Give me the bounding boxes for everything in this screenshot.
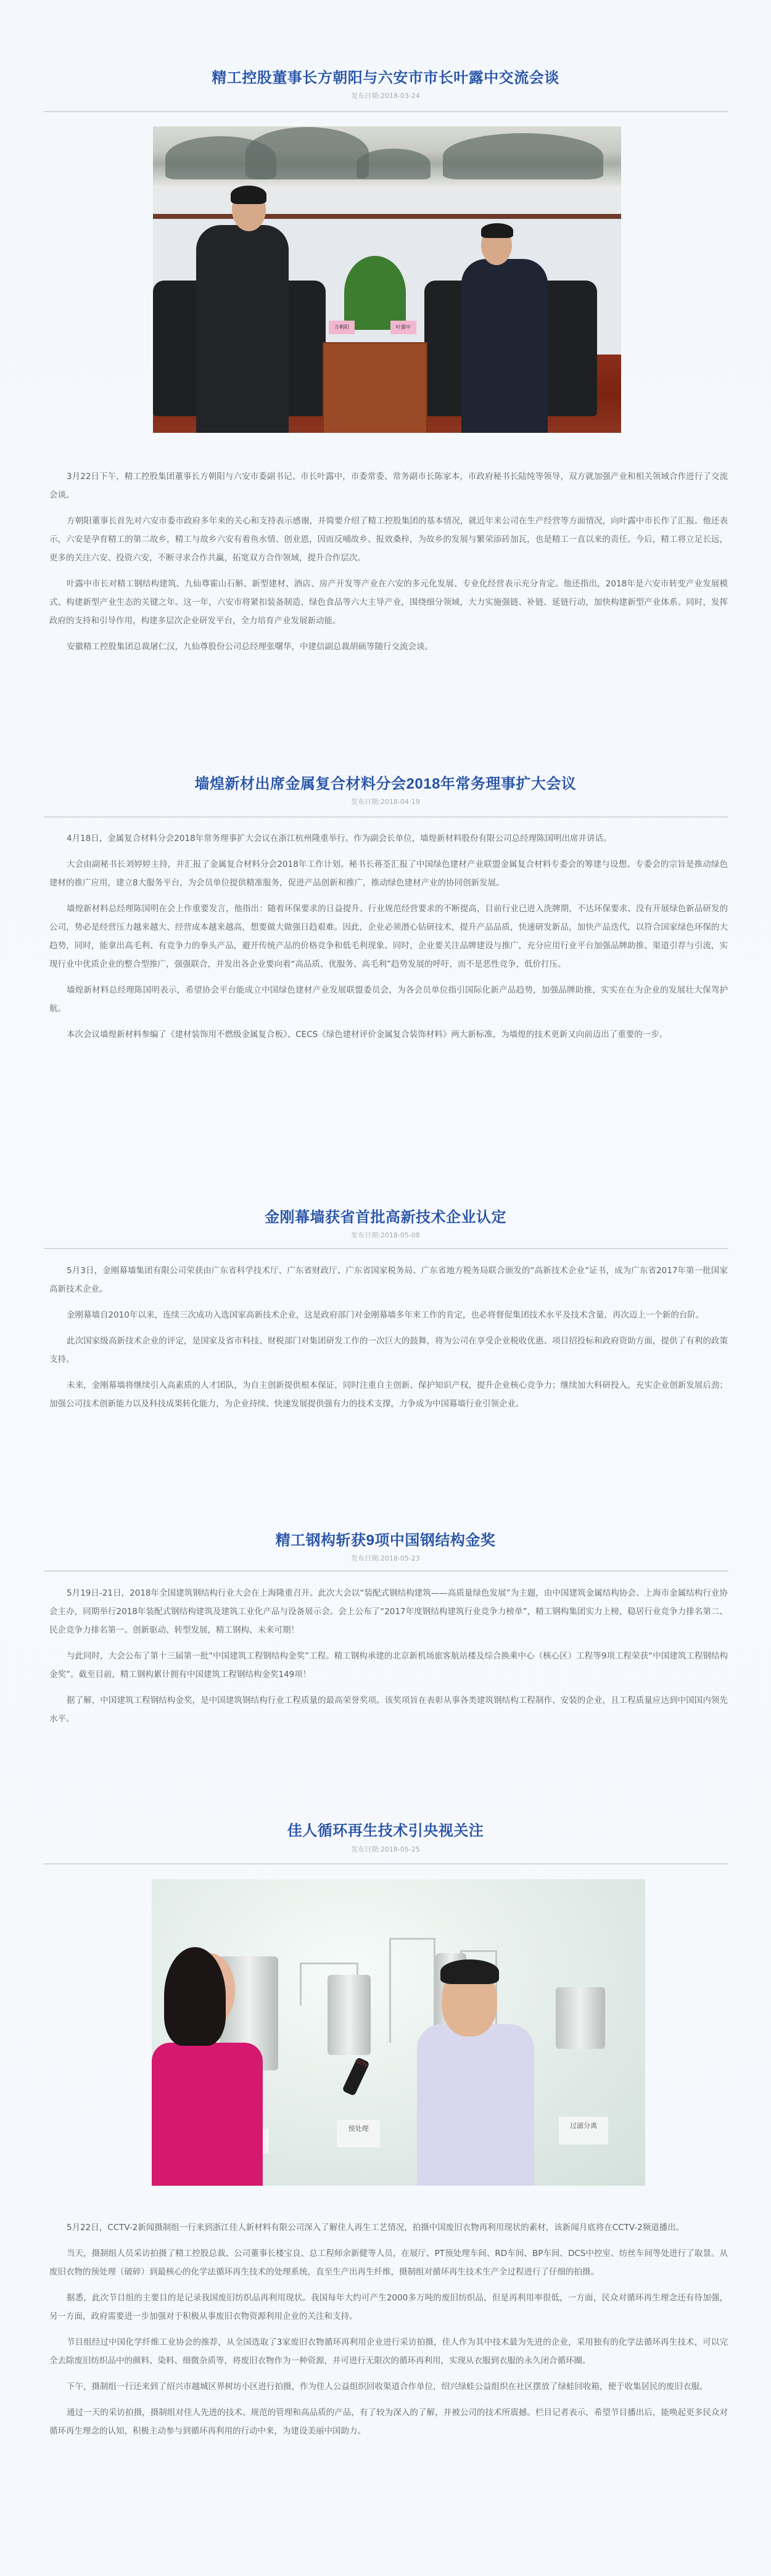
divider <box>44 1248 728 1249</box>
landscape-painting <box>153 126 621 188</box>
paragraph: 墙煌新材料总经理陈国明表示，希望协会平台能成立中国绿色建材产业发展联盟委员会，为… <box>49 981 728 1018</box>
divider <box>44 1570 728 1572</box>
paragraph: 节目组经过中国化学纤维工业协会的推荐，从全国选取了3家废旧衣物循环再利用企业进行… <box>49 2333 728 2370</box>
sign-filtration: 过滤分离 <box>559 2117 608 2144</box>
paragraph: 叶露中市长对精工钢结构建筑、九仙尊霍山石斛、新型建材、酒店、房产开发等产业在六安… <box>49 575 728 630</box>
article-title: 墙煌新材出席金属复合材料分会2018年常务理事扩大会议 <box>0 775 771 794</box>
divider <box>44 111 728 112</box>
interviewee-hair <box>440 1959 499 1984</box>
publish-date: 发布日期:2018-03-24 <box>0 92 771 100</box>
interviewee <box>417 2024 534 2186</box>
paragraph: 方朝阳董事长首先对六安市委市政府多年来的关心和支持表示感谢，并简要介绍了精工控股… <box>49 512 728 567</box>
paragraph: 5月19日-21日，2018年全国建筑钢结构行业大会在上海隆重召开。此次大会以“… <box>49 1584 728 1639</box>
article-title: 佳人循环再生技术引央视关注 <box>0 1822 771 1840</box>
paragraph: 5月3日，金刚幕墙集团有限公司荣获由广东省科学技术厅、广东省财政厅、广东省国家税… <box>49 1261 728 1298</box>
paragraph: 安徽精工控股集团总裁屠仁汉，九仙尊股份公司总经理张曙华，中建信副总裁胡硕等随行交… <box>49 638 728 656</box>
paragraph: 未来，金刚幕墙将继续引入高素质的人才团队，为自主创新提供根本保证，同时注重自主创… <box>49 1376 728 1413</box>
publish-date: 发布日期:2018-04-19 <box>0 798 771 806</box>
sign-pretreatment: 预处理 <box>337 2120 380 2147</box>
paragraph: 据了解，中国建筑工程钢结构金奖，是中国建筑钢结构行业工程质量的最高荣誉奖项。该奖… <box>49 1691 728 1728</box>
paragraph: 此次国家级高新技术企业的评定，是国家及省市科技、财税部门对集团研发工作的一次巨大… <box>49 1332 728 1369</box>
tank <box>556 1987 605 2049</box>
side-table <box>323 342 427 433</box>
article-body: 3月22日下午，精工控股集团董事长方朝阳与六安市委副书记、市长叶露中，市委常委、… <box>49 467 728 663</box>
plant <box>344 256 406 330</box>
paragraph: 本次会议墙煌新材料参编了《建材装饰用不燃级金属复合板》、CECS《绿色建材评价金… <box>49 1025 728 1044</box>
name-card-left: 方朝阳 <box>329 321 355 334</box>
paragraph: 通过一天的采访拍摄，摄制组对佳人先进的技术、规范的管理和高品质的产品，有了较为深… <box>49 2403 728 2440</box>
paragraph: 据悉，此次节目组的主要目的是记录我国废旧纺织品再利用现状。我国每年大约可产生20… <box>49 2289 728 2326</box>
person-left-hair <box>231 186 266 204</box>
publish-date: 发布日期:2018-05-23 <box>0 1554 771 1563</box>
divider <box>44 816 728 818</box>
article-body: 4月18日，金属复合材料分会2018年常务理事扩大会议在浙江杭州隆重举行。作为副… <box>49 829 728 1051</box>
article-title: 精工钢构斩获9项中国钢结构金奖 <box>0 1532 771 1550</box>
paragraph: 3月22日下午，精工控股集团董事长方朝阳与六安市委副书记、市长叶露中，市委常委、… <box>49 467 728 504</box>
paragraph: 4月18日，金属复合材料分会2018年常务理事扩大会议在浙江杭州隆重举行。作为副… <box>49 829 728 848</box>
reporter-hair <box>164 1947 226 2046</box>
cctv-interview-photo: 料 预处理 过滤分离 CCTV <box>152 1879 645 2186</box>
microphone: CCTV <box>342 2057 369 2096</box>
pipe <box>389 1938 435 2043</box>
article-title: 精工控股董事长方朝阳与六安市市长叶露中交流会谈 <box>0 69 771 88</box>
article-body: 5月3日，金刚幕墙集团有限公司荣获由广东省科学技术厅、广东省财政厅、广东省国家税… <box>49 1261 728 1421</box>
name-card-right: 叶露中 <box>390 321 416 334</box>
publish-date: 发布日期:2018-05-08 <box>0 1231 771 1240</box>
person-right <box>461 259 548 433</box>
article-title: 金刚幕墙获省首批高新技术企业认定 <box>0 1208 771 1227</box>
paragraph: 当天，摄制组人员采访拍摄了精工控股总裁、公司董事长楼宝良、总工程师余新健等人员，… <box>49 2244 728 2281</box>
news-page: 精工控股董事长方朝阳与六安市市长叶露中交流会谈 发布日期:2018-03-24 … <box>0 0 771 2576</box>
divider <box>44 1863 728 1864</box>
meeting-photo: 方朝阳 叶露中 <box>153 126 621 433</box>
paragraph: 与此同时，大会公布了第十三届第一批“中国建筑工程钢结构金奖”工程。精工钢构承建的… <box>49 1647 728 1684</box>
article-body: 5月19日-21日，2018年全国建筑钢结构行业大会在上海隆重召开。此次大会以“… <box>49 1584 728 1736</box>
tank <box>328 1975 371 2055</box>
paragraph: 大会由副秘书长刘婷婷主持，并汇报了金属复合材料分会2018年工作计划。秘书长蒋荃… <box>49 855 728 892</box>
person-left <box>196 225 289 433</box>
publish-date: 发布日期:2018-05-25 <box>0 1845 771 1854</box>
article-body: 5月22日，CCTV-2新闻摄制组一行来到浙江佳人新材料有限公司深入了解佳人再生… <box>49 2218 728 2448</box>
paragraph: 5月22日，CCTV-2新闻摄制组一行来到浙江佳人新材料有限公司深入了解佳人再生… <box>49 2218 728 2237</box>
reporter <box>152 2043 263 2186</box>
frame <box>153 214 621 219</box>
paragraph: 金刚幕墙自2010年以来，连续三次成功入选国家高新技术企业，这是政府部门对金刚幕… <box>49 1306 728 1324</box>
person-right-hair <box>481 223 513 238</box>
paragraph: 下午，摄制组一行还来到了绍兴市越城区界树坊小区进行拍摄，作为佳人公益组织回收渠道… <box>49 2377 728 2396</box>
paragraph: 墙煌新材料总经理陈国明在会上作重要发言，他指出：随着环保要求的日益提升、行业规范… <box>49 900 728 974</box>
